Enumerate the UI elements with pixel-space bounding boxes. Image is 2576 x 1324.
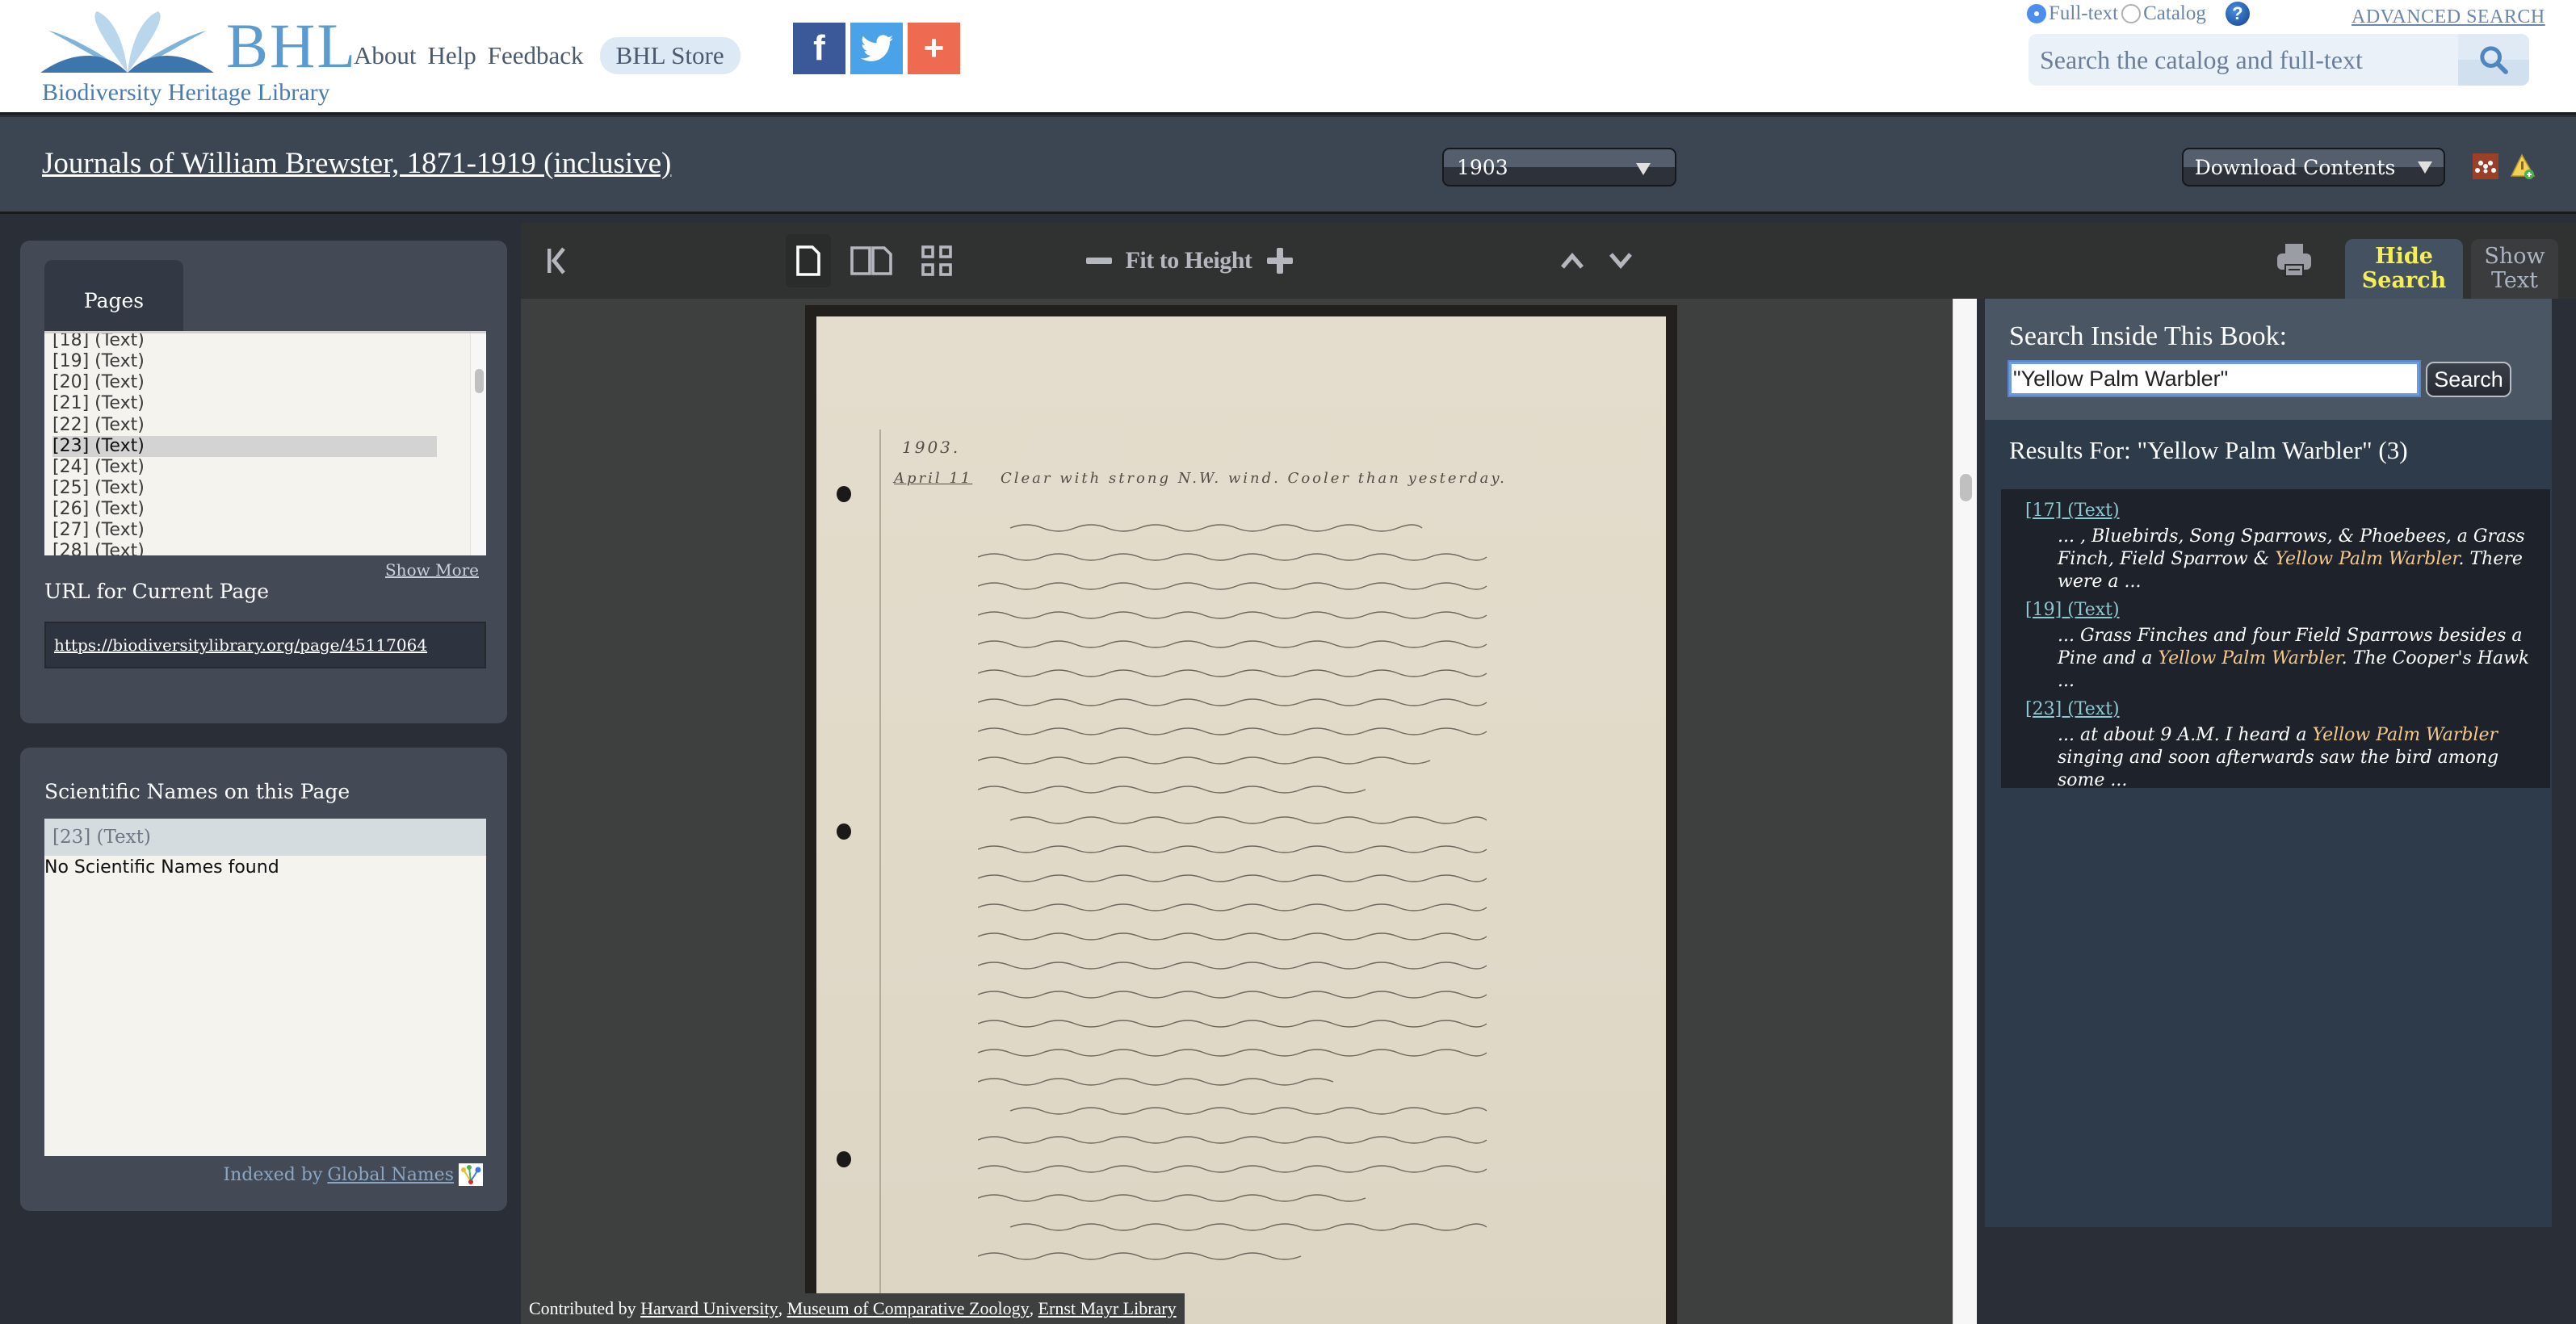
show-text-label: Show Text	[2471, 245, 2558, 292]
year-select[interactable]: 1903	[1442, 148, 1676, 186]
hide-search-tab[interactable]: Hide Search	[2345, 239, 2463, 299]
zoom-level[interactable]: Fit to Height	[1120, 223, 1257, 299]
handwritten-year: 1903.	[902, 438, 960, 457]
open-book-icon	[40, 10, 214, 74]
download-contents-label: Download Contents	[2195, 156, 2396, 179]
panel-gutter	[1977, 299, 1985, 1324]
first-page-icon	[546, 247, 568, 274]
report-problem-icon[interactable]	[2510, 153, 2536, 179]
minus-icon	[1086, 257, 1112, 265]
handwritten-first-line: Clear with strong N.W. wind. Cooler than…	[1001, 470, 1507, 487]
previous-page-button[interactable]	[1556, 223, 1588, 299]
url-box: https://biodiversitylibrary.org/page/451…	[44, 622, 486, 668]
page-list-item[interactable]: [28] (Text)	[52, 541, 437, 555]
page-viewer[interactable]: 1903. April 11 Clear with strong N.W. wi…	[521, 299, 1954, 1324]
pages-list: [18] (Text) [19] (Text) [20] (Text) [21]…	[44, 331, 486, 555]
page-list-item-selected[interactable]: [23] (Text)	[52, 436, 437, 457]
help-icon[interactable]: ?	[2226, 2, 2250, 26]
tab-pages[interactable]: Pages	[44, 260, 183, 333]
print-button[interactable]	[2272, 223, 2317, 299]
current-page-url-link[interactable]: https://biodiversitylibrary.org/page/451…	[54, 635, 427, 655]
page-scan-image: 1903. April 11 Clear with strong N.W. wi…	[805, 305, 1677, 1324]
search-inside-button[interactable]: Search	[2426, 362, 2511, 397]
grid-icon	[921, 245, 952, 276]
search-inside-input[interactable]	[2009, 362, 2419, 396]
search-inside-panel: Search Inside This Book: Search Results …	[1985, 299, 2552, 1324]
first-page-button[interactable]	[537, 223, 577, 299]
page-list-item[interactable]: [24] (Text)	[52, 457, 437, 478]
indexed-by-label: Indexed by	[223, 1165, 322, 1185]
book-title-link[interactable]: Journals of William Brewster, 1871-1919 …	[42, 146, 671, 181]
url-label: URL for Current Page	[44, 580, 269, 603]
snippet-highlight: Yellow Palm Warbler	[2159, 648, 2342, 668]
snippet-text: singing and soon afterwards saw the bird…	[2058, 748, 2498, 790]
manuscript-page: 1903. April 11 Clear with strong N.W. wi…	[816, 316, 1666, 1324]
two-page-icon	[850, 246, 892, 275]
zoom-level-label: Fit to Height	[1126, 247, 1252, 274]
snippet-text: ... at about 9 A.M. I heard a	[2058, 725, 2312, 745]
viewer-scrollbar-thumb[interactable]	[1960, 474, 1972, 501]
book-titlebar: Journals of William Brewster, 1871-1919 …	[0, 117, 2576, 214]
next-page-button[interactable]	[1605, 223, 1637, 299]
page-list-item[interactable]: [27] (Text)	[52, 520, 437, 541]
single-page-icon	[796, 245, 820, 276]
social-buttons: f +	[793, 23, 960, 74]
page-list-item[interactable]: [19] (Text)	[52, 351, 437, 372]
contributed-by-label: Contributed by	[529, 1298, 636, 1319]
scientific-names-page: [23] (Text)	[44, 819, 486, 856]
result-snippet: ... at about 9 A.M. I heard a Yellow Pal…	[2025, 724, 2550, 792]
site-header: BHL Biodiversity Heritage Library About …	[0, 0, 2576, 115]
contributed-by-bar: Contributed by Harvard University, Museu…	[521, 1293, 1185, 1324]
search-results: Results For: "Yellow Palm Warbler" (3) […	[1985, 420, 2552, 1227]
contributor-link-mcz[interactable]: Museum of Comparative Zoology	[787, 1298, 1030, 1319]
nav-about[interactable]: About	[354, 41, 417, 70]
indexed-by: Indexed by Global Names	[223, 1163, 483, 1186]
result-link[interactable]: [23] (Text)	[2025, 699, 2550, 719]
result-snippet: ... Grass Finches and four Field Sparrow…	[2025, 625, 2550, 693]
show-more-link[interactable]: Show More	[385, 560, 479, 580]
plus-icon	[1267, 248, 1293, 274]
page-list-item[interactable]: [25] (Text)	[52, 478, 437, 499]
margin-line	[879, 429, 881, 1324]
chevron-down-icon	[1609, 253, 1632, 269]
top-nav: About Help Feedback BHL Store	[354, 37, 740, 74]
result-link[interactable]: [19] (Text)	[2025, 600, 2550, 620]
punch-hole	[837, 1151, 851, 1167]
left-sidebar: Pages [18] (Text) [19] (Text) [20] (Text…	[0, 216, 517, 1324]
snippet-highlight: Yellow Palm Warbler	[2275, 549, 2458, 569]
caret-down-icon	[1636, 163, 1651, 175]
scientific-names-box: [23] (Text) No Scientific Names found	[44, 819, 486, 1156]
page-list-item[interactable]: [21] (Text)	[52, 393, 437, 414]
pages-panel: Pages [18] (Text) [19] (Text) [20] (Text…	[20, 241, 507, 723]
radio-full-text[interactable]	[2027, 4, 2046, 23]
site-search-input[interactable]	[2028, 34, 2461, 86]
chevron-up-icon	[1561, 253, 1584, 269]
scientific-names-title: Scientific Names on this Page	[44, 780, 350, 803]
search-inside-title: Search Inside This Book:	[2009, 321, 2287, 352]
pages-scrollbar-thumb[interactable]	[475, 369, 484, 393]
advanced-search-link[interactable]: ADVANCED SEARCH	[2352, 6, 2545, 28]
scientific-names-panel: Scientific Names on this Page [23] (Text…	[20, 748, 507, 1211]
result-link[interactable]: [17] (Text)	[2025, 501, 2550, 521]
bhl-logo[interactable]: BHL Biodiversity Heritage Library	[40, 6, 347, 107]
year-select-value: 1903	[1457, 156, 1508, 179]
single-page-view-button[interactable]	[786, 234, 831, 287]
snippet-highlight: Yellow Palm Warbler	[2312, 725, 2498, 745]
download-contents-button[interactable]: Download Contents	[2182, 148, 2445, 186]
zoom-out-button[interactable]	[1083, 223, 1115, 299]
twitter-icon[interactable]	[850, 23, 903, 74]
page-list-item[interactable]: [26] (Text)	[52, 499, 437, 520]
thumbnail-view-button[interactable]	[917, 223, 957, 299]
show-text-tab[interactable]: Show Text	[2471, 239, 2558, 299]
viewer-toolbar: Fit to Height Hide Search Show Text	[521, 223, 2576, 299]
results-list: [17] (Text) ... , Bluebirds, Song Sparro…	[2001, 489, 2550, 788]
page-list-item[interactable]: [20] (Text)	[52, 372, 437, 393]
radio-catalog-label: Catalog	[2143, 2, 2206, 25]
punch-hole	[837, 823, 851, 840]
pages-scrollbar[interactable]	[470, 333, 486, 555]
facebook-icon[interactable]: f	[793, 23, 845, 74]
two-page-view-button[interactable]	[847, 223, 896, 299]
scientific-names-empty: No Scientific Names found	[44, 856, 486, 878]
search-inside-form: Search Inside This Book: Search	[1985, 299, 2552, 420]
handwritten-date: April 11	[894, 470, 972, 487]
nav-bhl-store[interactable]: BHL Store	[600, 37, 740, 74]
logo-wordmark: BHL	[226, 15, 357, 78]
hide-search-label: Hide Search	[2345, 245, 2463, 292]
results-title: Results For: "Yellow Palm Warbler" (3)	[2009, 436, 2408, 465]
page-list-item[interactable]: [22] (Text)	[52, 415, 437, 436]
caret-down-icon	[2418, 161, 2432, 174]
radio-full-text-label: Full-text	[2049, 2, 2118, 25]
site-search	[2028, 34, 2529, 86]
nav-feedback[interactable]: Feedback	[488, 41, 584, 70]
search-icon	[2477, 44, 2510, 76]
mendeley-icon[interactable]	[2473, 153, 2498, 179]
global-names-icon[interactable]	[459, 1163, 483, 1186]
radio-catalog[interactable]	[2121, 4, 2141, 23]
contributor-link-harvard[interactable]: Harvard University	[640, 1298, 778, 1319]
site-search-button[interactable]	[2458, 34, 2529, 86]
share-plus-icon[interactable]: +	[908, 23, 960, 74]
global-names-link[interactable]: Global Names	[327, 1165, 454, 1185]
page-list-item[interactable]: [18] (Text)	[52, 331, 437, 351]
zoom-in-button[interactable]	[1264, 223, 1296, 299]
handwriting-lines	[978, 510, 1527, 1318]
contributor-link-ernst-mayr[interactable]: Ernst Mayr Library	[1038, 1298, 1177, 1319]
printer-icon	[2276, 242, 2313, 279]
nav-help[interactable]: Help	[428, 41, 476, 70]
viewer-scrollbar[interactable]	[1953, 299, 1977, 1324]
result-snippet: ... , Bluebirds, Song Sparrows, & Phoebe…	[2025, 526, 2550, 593]
search-scope: Full-text Catalog ?	[2027, 2, 2250, 26]
punch-hole	[837, 486, 851, 502]
logo-tagline: Biodiversity Heritage Library	[42, 79, 330, 107]
